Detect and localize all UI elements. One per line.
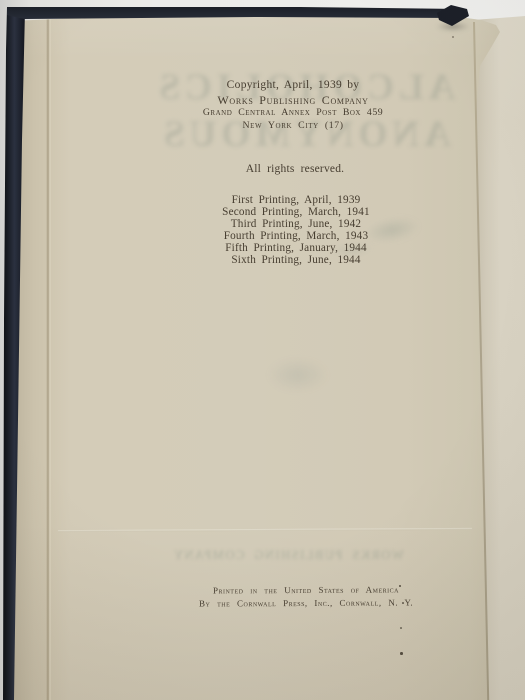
- printing-entry: Fourth Printing, March, 1943: [109, 231, 483, 243]
- rights-reserved-line: All rights reserved.: [108, 163, 482, 175]
- copyright-block: Copyright, April, 1939 by Works Publishi…: [106, 77, 480, 132]
- printing-entry: Third Printing, June, 1942: [109, 219, 483, 231]
- gutter-crease: [46, 16, 51, 700]
- printer-block: Printed in the United States of America …: [119, 583, 493, 611]
- show-through-smudge: [268, 358, 328, 392]
- show-through-publisher: WORKS PUBLISHING COMPANY: [101, 548, 475, 563]
- ink-speck: [400, 627, 402, 629]
- page-fold-line: [58, 528, 472, 532]
- ink-speck: [399, 585, 401, 587]
- address-line: Grand Central Annex Post Box 459: [106, 107, 480, 119]
- printing-entry: Fifth Printing, January, 1944: [109, 243, 483, 255]
- book-copyright-page-photo: ALCOHOLICS ANONYMOUS WORKS PUBLISHING CO…: [0, 0, 525, 700]
- printing-entry: Sixth Printing, June, 1944: [109, 255, 483, 267]
- printer-line: By the Cornwall Press, Inc., Cornwall, N…: [119, 596, 493, 611]
- ink-speck: [452, 36, 454, 38]
- copyright-line: Copyright, April, 1939 by: [106, 77, 480, 93]
- copyright-page: ALCOHOLICS ANONYMOUS WORKS PUBLISHING CO…: [0, 0, 525, 700]
- city-line: New York City (17): [106, 119, 480, 132]
- ink-speck: [400, 652, 403, 655]
- publisher-line: Works Publishing Company: [106, 93, 480, 107]
- printings-list: First Printing, April, 1939 Second Print…: [109, 195, 483, 266]
- ink-speck: [402, 602, 404, 604]
